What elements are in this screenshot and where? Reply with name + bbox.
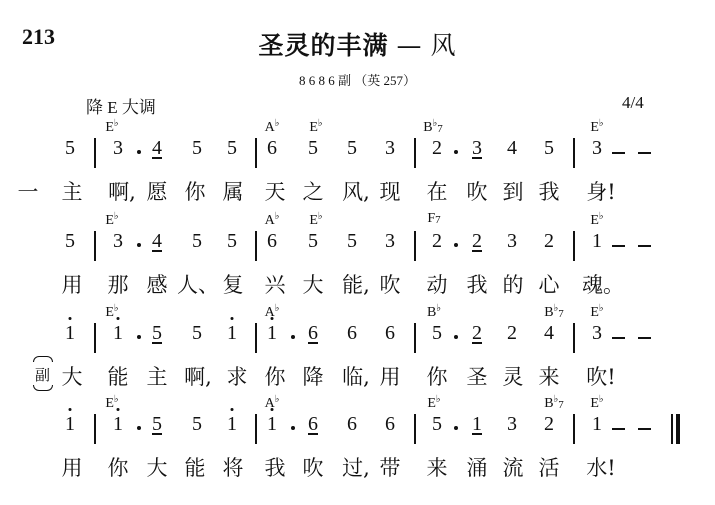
- lyric-syllable: 能: [108, 361, 129, 391]
- note: 5: [61, 137, 79, 160]
- barline: [255, 414, 257, 444]
- chord-symbol: E♭: [590, 303, 603, 321]
- sustain-dash: [612, 428, 625, 430]
- note: 5: [223, 137, 241, 160]
- note: 1: [588, 413, 606, 436]
- lyric-syllable: 感: [147, 269, 168, 299]
- lyric-syllable: 能: [185, 452, 206, 482]
- lyric-syllable: 水!: [586, 452, 615, 482]
- note: 3: [109, 230, 127, 253]
- lyric-syllable: 之: [303, 176, 324, 206]
- note: 3: [468, 137, 486, 160]
- sustain-dash: [612, 245, 625, 247]
- barline: [573, 323, 575, 353]
- lyric-syllable: 大: [62, 361, 83, 391]
- lyric-syllable: 魂。: [582, 269, 624, 299]
- note: 6: [304, 322, 322, 345]
- lyric-syllable: 吹!: [586, 361, 615, 391]
- lyric-syllable: 身!: [586, 176, 615, 206]
- refrain-label: 副: [35, 364, 50, 385]
- barline: [255, 323, 257, 353]
- barline: [573, 231, 575, 261]
- lyric-syllable: 复: [223, 269, 244, 299]
- lyric-syllable: 灵: [503, 361, 524, 391]
- high-octave-dot: [117, 317, 120, 320]
- sustain-dash: [612, 152, 625, 154]
- chord-symbol: F7: [427, 211, 440, 227]
- note: 5: [428, 322, 446, 345]
- lyric-syllable: 用: [380, 361, 401, 391]
- note: 5: [188, 322, 206, 345]
- chord-symbol: E♭: [590, 118, 603, 136]
- lyric-syllable: 现: [380, 176, 401, 206]
- note: 5: [540, 137, 558, 160]
- high-octave-dot: [231, 408, 234, 411]
- note: 5: [428, 413, 446, 436]
- note: 5: [223, 230, 241, 253]
- lyric-syllable: 吹: [303, 452, 324, 482]
- lyric-syllable: 那: [108, 269, 129, 299]
- chord-symbol: E♭: [105, 118, 118, 136]
- lyric-syllable: 过,: [342, 452, 370, 482]
- note: 5: [148, 413, 166, 436]
- barline: [414, 323, 416, 353]
- lyric-syllable: 主: [62, 176, 83, 206]
- lyric-syllable: 吹: [380, 269, 401, 299]
- note: 3: [503, 230, 521, 253]
- dotted-note-dot: [454, 150, 458, 154]
- note: 5: [61, 230, 79, 253]
- note: 3: [109, 137, 127, 160]
- note: 3: [588, 322, 606, 345]
- note: 3: [381, 230, 399, 253]
- lyric-syllable: 风,: [342, 176, 370, 206]
- dotted-note-dot: [137, 243, 141, 247]
- lyric-syllable: 动: [427, 269, 448, 299]
- dotted-note-dot: [291, 426, 295, 430]
- note: 5: [304, 137, 322, 160]
- lyric-syllable: 人、: [177, 269, 219, 299]
- lyric-syllable: 流: [503, 452, 524, 482]
- note: 4: [148, 137, 166, 160]
- refrain-bracket-top: [33, 356, 53, 362]
- barline: [414, 231, 416, 261]
- lyric-syllable: 来: [427, 452, 448, 482]
- dotted-note-dot: [454, 335, 458, 339]
- meter-line: 8 6 8 6 副 （英 257）: [0, 70, 715, 89]
- sustain-dash: [638, 337, 651, 339]
- note: 2: [468, 230, 486, 253]
- lyric-syllable: 用: [62, 269, 83, 299]
- note: 1: [61, 322, 79, 345]
- note: 1: [263, 413, 281, 436]
- lyric-syllable: 一: [18, 176, 39, 206]
- note: 2: [468, 322, 486, 345]
- high-octave-dot: [69, 408, 72, 411]
- music-system: E♭A♭E♭B♭7E♭53455655323453一主啊,愿你属天之风,现在吹到…: [0, 118, 715, 208]
- note: 5: [188, 413, 206, 436]
- chord-symbol: E♭: [309, 211, 322, 229]
- final-barline-thick: [676, 414, 680, 444]
- sustain-dash: [638, 428, 651, 430]
- chord-symbol: E♭: [427, 394, 440, 412]
- note: 1: [109, 322, 127, 345]
- chord-symbol: B♭7: [544, 394, 564, 412]
- lyric-syllable: 的: [503, 269, 524, 299]
- lyric-syllable: 到: [503, 176, 524, 206]
- note: 6: [381, 413, 399, 436]
- barline: [255, 138, 257, 168]
- note: 6: [263, 137, 281, 160]
- chord-symbol: E♭: [590, 211, 603, 229]
- music-system: E♭A♭E♭B♭7E♭11551166651321用你大能将我吹过,带来涌流活水…: [0, 394, 715, 484]
- lyric-syllable: 能,: [342, 269, 370, 299]
- lyric-syllable: 用: [62, 452, 83, 482]
- note: 5: [188, 137, 206, 160]
- lyric-syllable: 啊,: [108, 176, 136, 206]
- chord-symbol: A♭: [265, 211, 280, 229]
- lyric-syllable: 愿: [147, 176, 168, 206]
- dotted-note-dot: [137, 426, 141, 430]
- barline: [255, 231, 257, 261]
- note: 2: [540, 230, 558, 253]
- lyric-syllable: 你: [185, 176, 206, 206]
- lyric-syllable: 我: [467, 269, 488, 299]
- note: 6: [304, 413, 322, 436]
- chord-symbol: B♭: [427, 303, 441, 321]
- note: 1: [223, 413, 241, 436]
- sustain-dash: [638, 152, 651, 154]
- chord-symbol: B♭7: [544, 303, 564, 321]
- note: 5: [188, 230, 206, 253]
- music-system: E♭A♭E♭F7E♭53455655322321用那感人、复兴大能,吹动我的心魂…: [0, 211, 715, 301]
- note: 2: [428, 137, 446, 160]
- dotted-note-dot: [291, 335, 295, 339]
- note: 1: [109, 413, 127, 436]
- high-octave-dot: [117, 408, 120, 411]
- note: 5: [343, 137, 361, 160]
- sustain-dash: [638, 245, 651, 247]
- high-octave-dot: [69, 317, 72, 320]
- dotted-note-dot: [137, 150, 141, 154]
- dotted-note-dot: [454, 426, 458, 430]
- note: 4: [148, 230, 166, 253]
- note: 5: [343, 230, 361, 253]
- lyric-syllable: 属: [223, 176, 244, 206]
- barline: [573, 414, 575, 444]
- barline: [94, 138, 96, 168]
- barline: [94, 414, 96, 444]
- note: 3: [381, 137, 399, 160]
- high-octave-dot: [271, 408, 274, 411]
- lyric-syllable: 将: [223, 452, 244, 482]
- lyric-syllable: 吹: [467, 176, 488, 206]
- high-octave-dot: [271, 317, 274, 320]
- chord-symbol: E♭: [590, 394, 603, 412]
- chord-symbol: B♭7: [423, 118, 443, 136]
- lyric-syllable: 活: [539, 452, 560, 482]
- note: 2: [428, 230, 446, 253]
- barline: [414, 138, 416, 168]
- lyric-syllable: 在: [427, 176, 448, 206]
- note: 1: [223, 322, 241, 345]
- lyric-syllable: 我: [539, 176, 560, 206]
- note: 1: [588, 230, 606, 253]
- lyric-syllable: 我: [265, 452, 286, 482]
- lyric-syllable: 大: [303, 269, 324, 299]
- barline: [94, 231, 96, 261]
- key-signature: 降 E 大调: [86, 93, 156, 118]
- refrain-bracket-bottom: [33, 385, 53, 391]
- chord-symbol: E♭: [105, 211, 118, 229]
- lyric-syllable: 心: [539, 269, 560, 299]
- lyric-syllable: 啊,: [184, 361, 212, 391]
- title-separator: —: [397, 31, 423, 60]
- lyric-syllable: 带: [380, 452, 401, 482]
- note: 1: [61, 413, 79, 436]
- note: 2: [503, 322, 521, 345]
- note: 6: [263, 230, 281, 253]
- lyric-syllable: 来: [539, 361, 560, 391]
- chord-symbol: E♭: [309, 118, 322, 136]
- chord-symbol: A♭: [265, 118, 280, 136]
- music-system: E♭A♭B♭B♭7E♭11551166652243副大能主啊,求你降临,用你圣灵…: [0, 303, 715, 393]
- barline: [94, 323, 96, 353]
- barline: [573, 138, 575, 168]
- lyric-syllable: 你: [427, 361, 448, 391]
- note: 3: [588, 137, 606, 160]
- note: 3: [503, 413, 521, 436]
- lyric-syllable: 你: [108, 452, 129, 482]
- lyric-syllable: 天: [265, 176, 286, 206]
- dotted-note-dot: [454, 243, 458, 247]
- note: 5: [304, 230, 322, 253]
- note: 5: [148, 322, 166, 345]
- note: 4: [503, 137, 521, 160]
- lyric-syllable: 涌: [467, 452, 488, 482]
- note: 1: [468, 413, 486, 436]
- note: 6: [381, 322, 399, 345]
- note: 6: [343, 322, 361, 345]
- page-title: 圣灵的丰满—风: [0, 26, 715, 62]
- lyric-syllable: 你: [265, 361, 286, 391]
- final-barline-thin: [671, 414, 673, 444]
- note: 6: [343, 413, 361, 436]
- time-signature: 4/4: [622, 93, 644, 113]
- lyric-syllable: 圣: [467, 361, 488, 391]
- high-octave-dot: [231, 317, 234, 320]
- dotted-note-dot: [137, 335, 141, 339]
- note: 4: [540, 322, 558, 345]
- tune-name: 风: [431, 31, 457, 60]
- lyric-syllable: 降: [303, 361, 324, 391]
- sustain-dash: [612, 337, 625, 339]
- lyric-syllable: 临,: [342, 361, 370, 391]
- note: 2: [540, 413, 558, 436]
- lyric-syllable: 主: [147, 361, 168, 391]
- lyric-syllable: 求: [227, 361, 248, 391]
- note: 1: [263, 322, 281, 345]
- title-main: 圣灵的丰满: [258, 31, 388, 60]
- barline: [414, 414, 416, 444]
- lyric-syllable: 兴: [265, 269, 286, 299]
- lyric-syllable: 大: [147, 452, 168, 482]
